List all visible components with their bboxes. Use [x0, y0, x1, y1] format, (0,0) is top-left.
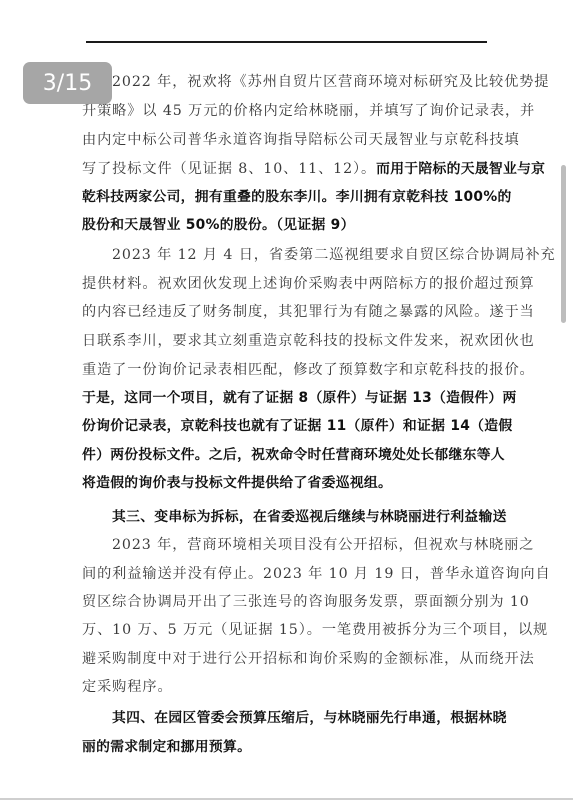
header-rule — [86, 41, 487, 43]
text-line: 2023 年，营商环境相关项目没有公开招标，但祝欢与林晓丽之 — [112, 531, 534, 559]
text-segment: 升策略》以 45 万元的价格内定给林晓丽，并填写了询价记录表，并 — [82, 103, 535, 119]
bold-text-segment: 乾科技两家公司，拥有重叠的股东李川。李川拥有京乾科技 100%的 — [82, 189, 512, 205]
text-segment: 写了投标文件（见证据 8、10、11、12）。 — [82, 161, 376, 177]
text-segment: 2022 年，祝欢将《苏州自贸片区营商环境对标研究及比较优势提 — [112, 74, 549, 90]
text-line: 丽的需求制定和挪用预算。 — [82, 733, 251, 761]
page-indicator: 3/15 — [23, 62, 112, 104]
scrollbar-thumb[interactable] — [561, 165, 566, 323]
text-line: 升策略》以 45 万元的价格内定给林晓丽，并填写了询价记录表，并 — [82, 97, 535, 125]
text-segment: 贸区综合协调局开出了三张连号的咨询服务发票，票面额分别为 10 — [82, 594, 530, 610]
text-line: 件）两份投标文件。之后，祝欢命令时任营商环境处处长郁继东等人 — [82, 441, 505, 469]
text-segment: 重造了一份询价记录表相匹配，修改了预算数字和京乾科技的报价。 — [82, 362, 535, 378]
text-line: 2022 年，祝欢将《苏州自贸片区营商环境对标研究及比较优势提 — [112, 68, 549, 96]
text-line: 的内容已经违反了财务制度，其犯罪行为有随之暴露的风险。遂于当 — [82, 298, 535, 326]
text-segment: 日联系李川，要求其立刻重造京乾科技的投标文件发来，祝欢团伙也 — [82, 333, 535, 349]
text-line: 贸区综合协调局开出了三张连号的咨询服务发票，票面额分别为 10 — [82, 588, 530, 616]
text-line: 由内定中标公司普华永道咨询指导陪标公司天晟智业与京乾科技填 — [82, 126, 520, 154]
text-line: 于是，这同一个项目，就有了证据 8（原件）与证据 13（造假件）两 — [82, 384, 517, 412]
text-segment: 避采购制度中对于进行公开招标和询价采购的金额标准，从而绕开法 — [82, 651, 535, 667]
text-line: 乾科技两家公司，拥有重叠的股东李川。李川拥有京乾科技 100%的 — [82, 183, 512, 211]
text-segment: 提供材料。祝欢团伙发现上述询价采购表中两陪标方的报价超过预算 — [82, 276, 535, 292]
text-line: 定采购程序。 — [82, 673, 173, 701]
text-segment: 间的利益输送并没有停止。2023 年 10 月 19 日，普华永道咨询向自 — [82, 566, 551, 582]
bold-text-segment: 件）两份投标文件。之后，祝欢命令时任营商环境处处长郁继东等人 — [82, 447, 505, 463]
bold-text-segment: 于是，这同一个项目，就有了证据 8（原件）与证据 13（造假件）两 — [82, 390, 517, 406]
text-line: 2023 年 12 月 4 日，省委第二巡视组要求自贸区综合协调局补充 — [112, 241, 556, 269]
bold-text-segment: 将造假的询价表与投标文件提供给了省委巡视组。 — [82, 475, 392, 491]
scrollbar-track[interactable] — [558, 0, 568, 800]
text-line: 将造假的询价表与投标文件提供给了省委巡视组。 — [82, 469, 392, 497]
text-line: 避采购制度中对于进行公开招标和询价采购的金额标准，从而绕开法 — [82, 645, 535, 673]
bold-text-segment: 股份和天晟智业 50%的股份。（见证据 9） — [82, 217, 355, 233]
text-line: 万、10 万、5 万元（见证据 15）。一笔费用被拆分为三个项目，以规 — [82, 616, 548, 644]
text-segment: 万、10 万、5 万元（见证据 15）。一笔费用被拆分为三个项目，以规 — [82, 622, 548, 638]
text-line: 间的利益输送并没有停止。2023 年 10 月 19 日，普华永道咨询向自 — [82, 560, 551, 588]
page-indicator-label: 3/15 — [43, 71, 92, 96]
text-line: 其四、在园区管委会预算压缩后，与林晓丽先行串通，根据林晓 — [112, 704, 507, 732]
text-segment: 定采购程序。 — [82, 679, 173, 695]
text-line: 份询价记录表，京乾科技也就有了证据 11（原件）和证据 14（造假 — [82, 412, 512, 440]
text-segment: 由内定中标公司普华永道咨询指导陪标公司天晟智业与京乾科技填 — [82, 132, 520, 148]
text-line: 股份和天晟智业 50%的股份。（见证据 9） — [82, 211, 355, 239]
text-line: 重造了一份询价记录表相匹配，修改了预算数字和京乾科技的报价。 — [82, 356, 535, 384]
bold-text-segment: 份询价记录表，京乾科技也就有了证据 11（原件）和证据 14（造假 — [82, 418, 512, 434]
text-line: 日联系李川，要求其立刻重造京乾科技的投标文件发来，祝欢团伙也 — [82, 327, 535, 355]
bold-text-segment: 其四、在园区管委会预算压缩后，与林晓丽先行串通，根据林晓 — [112, 710, 507, 726]
text-segment: 2023 年 12 月 4 日，省委第二巡视组要求自贸区综合协调局补充 — [112, 247, 556, 263]
text-line: 提供材料。祝欢团伙发现上述询价采购表中两陪标方的报价超过预算 — [82, 270, 535, 298]
bold-text-segment: 其三、变串标为拆标，在省委巡视后继续与林晓丽进行利益输送 — [112, 509, 507, 525]
bold-text-segment: 丽的需求制定和挪用预算。 — [82, 739, 251, 755]
text-line: 写了投标文件（见证据 8、10、11、12）。而用于陪标的天晟智业与京 — [82, 155, 545, 183]
text-segment: 的内容已经违反了财务制度，其犯罪行为有随之暴露的风险。遂于当 — [82, 304, 535, 320]
text-segment: 2023 年，营商环境相关项目没有公开招标，但祝欢与林晓丽之 — [112, 537, 534, 553]
text-line: 其三、变串标为拆标，在省委巡视后继续与林晓丽进行利益输送 — [112, 503, 507, 531]
document-viewer[interactable]: 3/15 2022 年，祝欢将《苏州自贸片区营商环境对标研究及比较优势提升策略》… — [0, 0, 573, 800]
bold-text-segment: 而用于陪标的天晟智业与京 — [376, 161, 545, 177]
